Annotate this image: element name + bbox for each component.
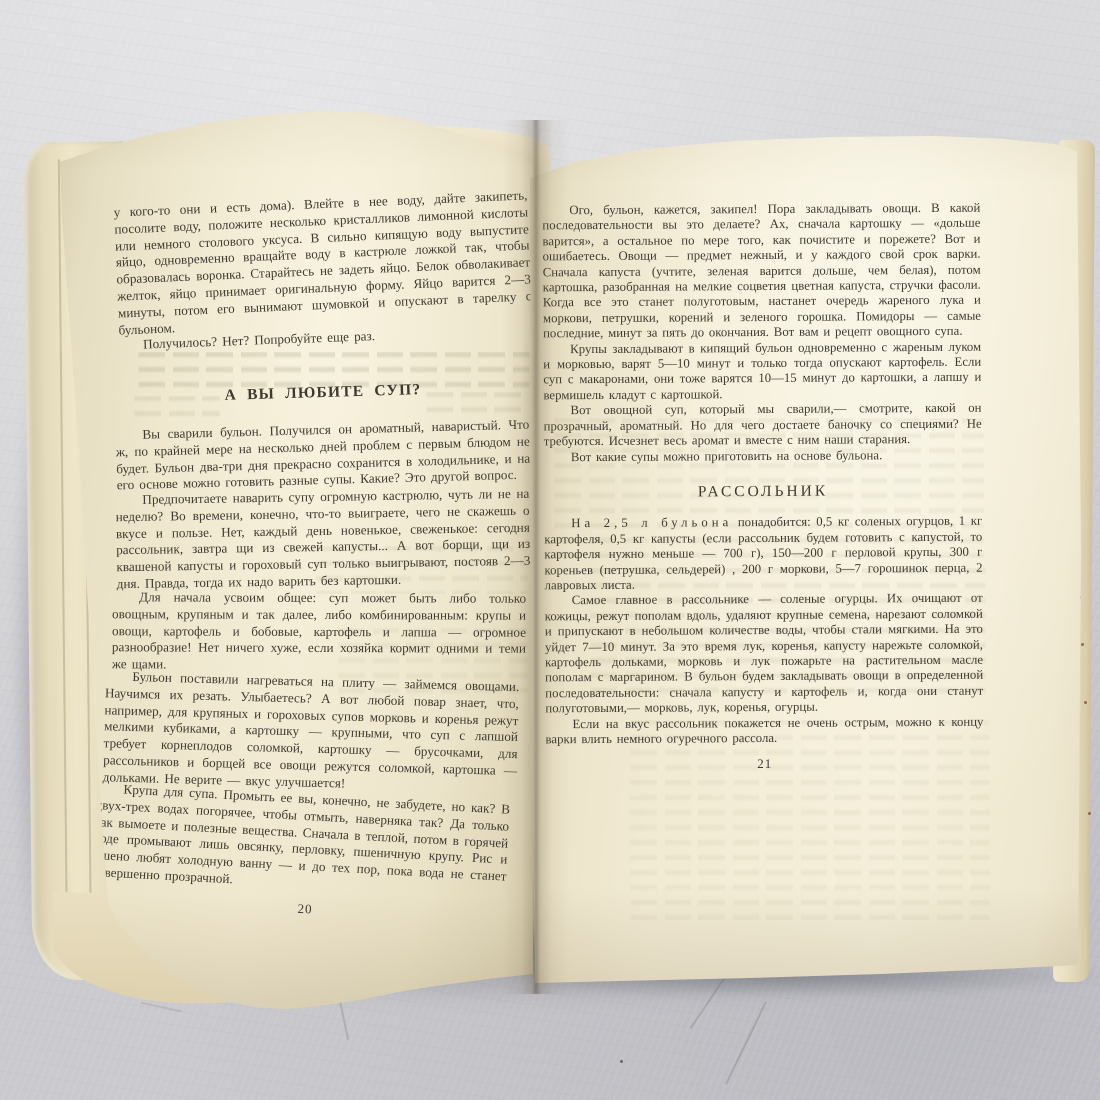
photo-of-open-book: у кого-то они и есть дома). Влейте в нее… xyxy=(0,0,1100,1100)
paragraph: Крупы закладывают в кипящий бульон однов… xyxy=(543,339,981,403)
paragraph: Вот какие супы можно приготовить на осно… xyxy=(544,447,982,465)
paragraph: Вы сварили бульон. Получился он ароматны… xyxy=(115,417,531,495)
left-page: у кого-то они и есть дома). Влейте в нее… xyxy=(50,108,542,1020)
paragraph: Крупа для супа. Промыть ее вы, конечно, … xyxy=(92,780,511,902)
paragraph: Предпочитаете наварить супу огромную кас… xyxy=(115,486,531,593)
section-heading-rassolnik: РАССОЛЬНИК xyxy=(544,483,982,501)
recipe-lead: На 2,5 л бульона xyxy=(571,516,732,531)
page-number-right: 21 xyxy=(546,755,984,773)
section-heading-soup: А ВЫ ЛЮБИТЕ СУП? xyxy=(116,379,530,408)
recipe-paragraph: На 2,5 л бульона понадобится: 0,5 кг сол… xyxy=(544,514,982,594)
paragraph: Самое главное в рассольнике — соленые ог… xyxy=(545,591,984,717)
paragraph: Для начала усвоим общее: суп может быть … xyxy=(112,589,526,674)
page-edge-speck xyxy=(1081,643,1084,646)
right-page-text: Ого, бульон, кажется, закипел! Пора закл… xyxy=(542,201,983,773)
paragraph: у кого-то они и есть дома). Влейте в нее… xyxy=(113,187,532,339)
paragraph: Ого, бульон, кажется, закипел! Пора закл… xyxy=(542,201,981,342)
paragraph: Бульон поставили нагреваться на плиту — … xyxy=(103,668,520,796)
left-page-text: у кого-то они и есть дома). Влейте в нее… xyxy=(116,196,530,919)
page-edge-speck xyxy=(1088,812,1091,815)
page-edge-speck xyxy=(1084,701,1087,704)
paragraph: Если на вкус рассольник покажется не оче… xyxy=(545,714,983,747)
paragraph: Вот овощной суп, который мы сварили,— см… xyxy=(543,401,981,450)
open-book: у кого-то они и есть дома). Влейте в нее… xyxy=(0,0,1100,1100)
right-page: Ого, бульон, кажется, закипел! Пора закл… xyxy=(530,132,1092,988)
